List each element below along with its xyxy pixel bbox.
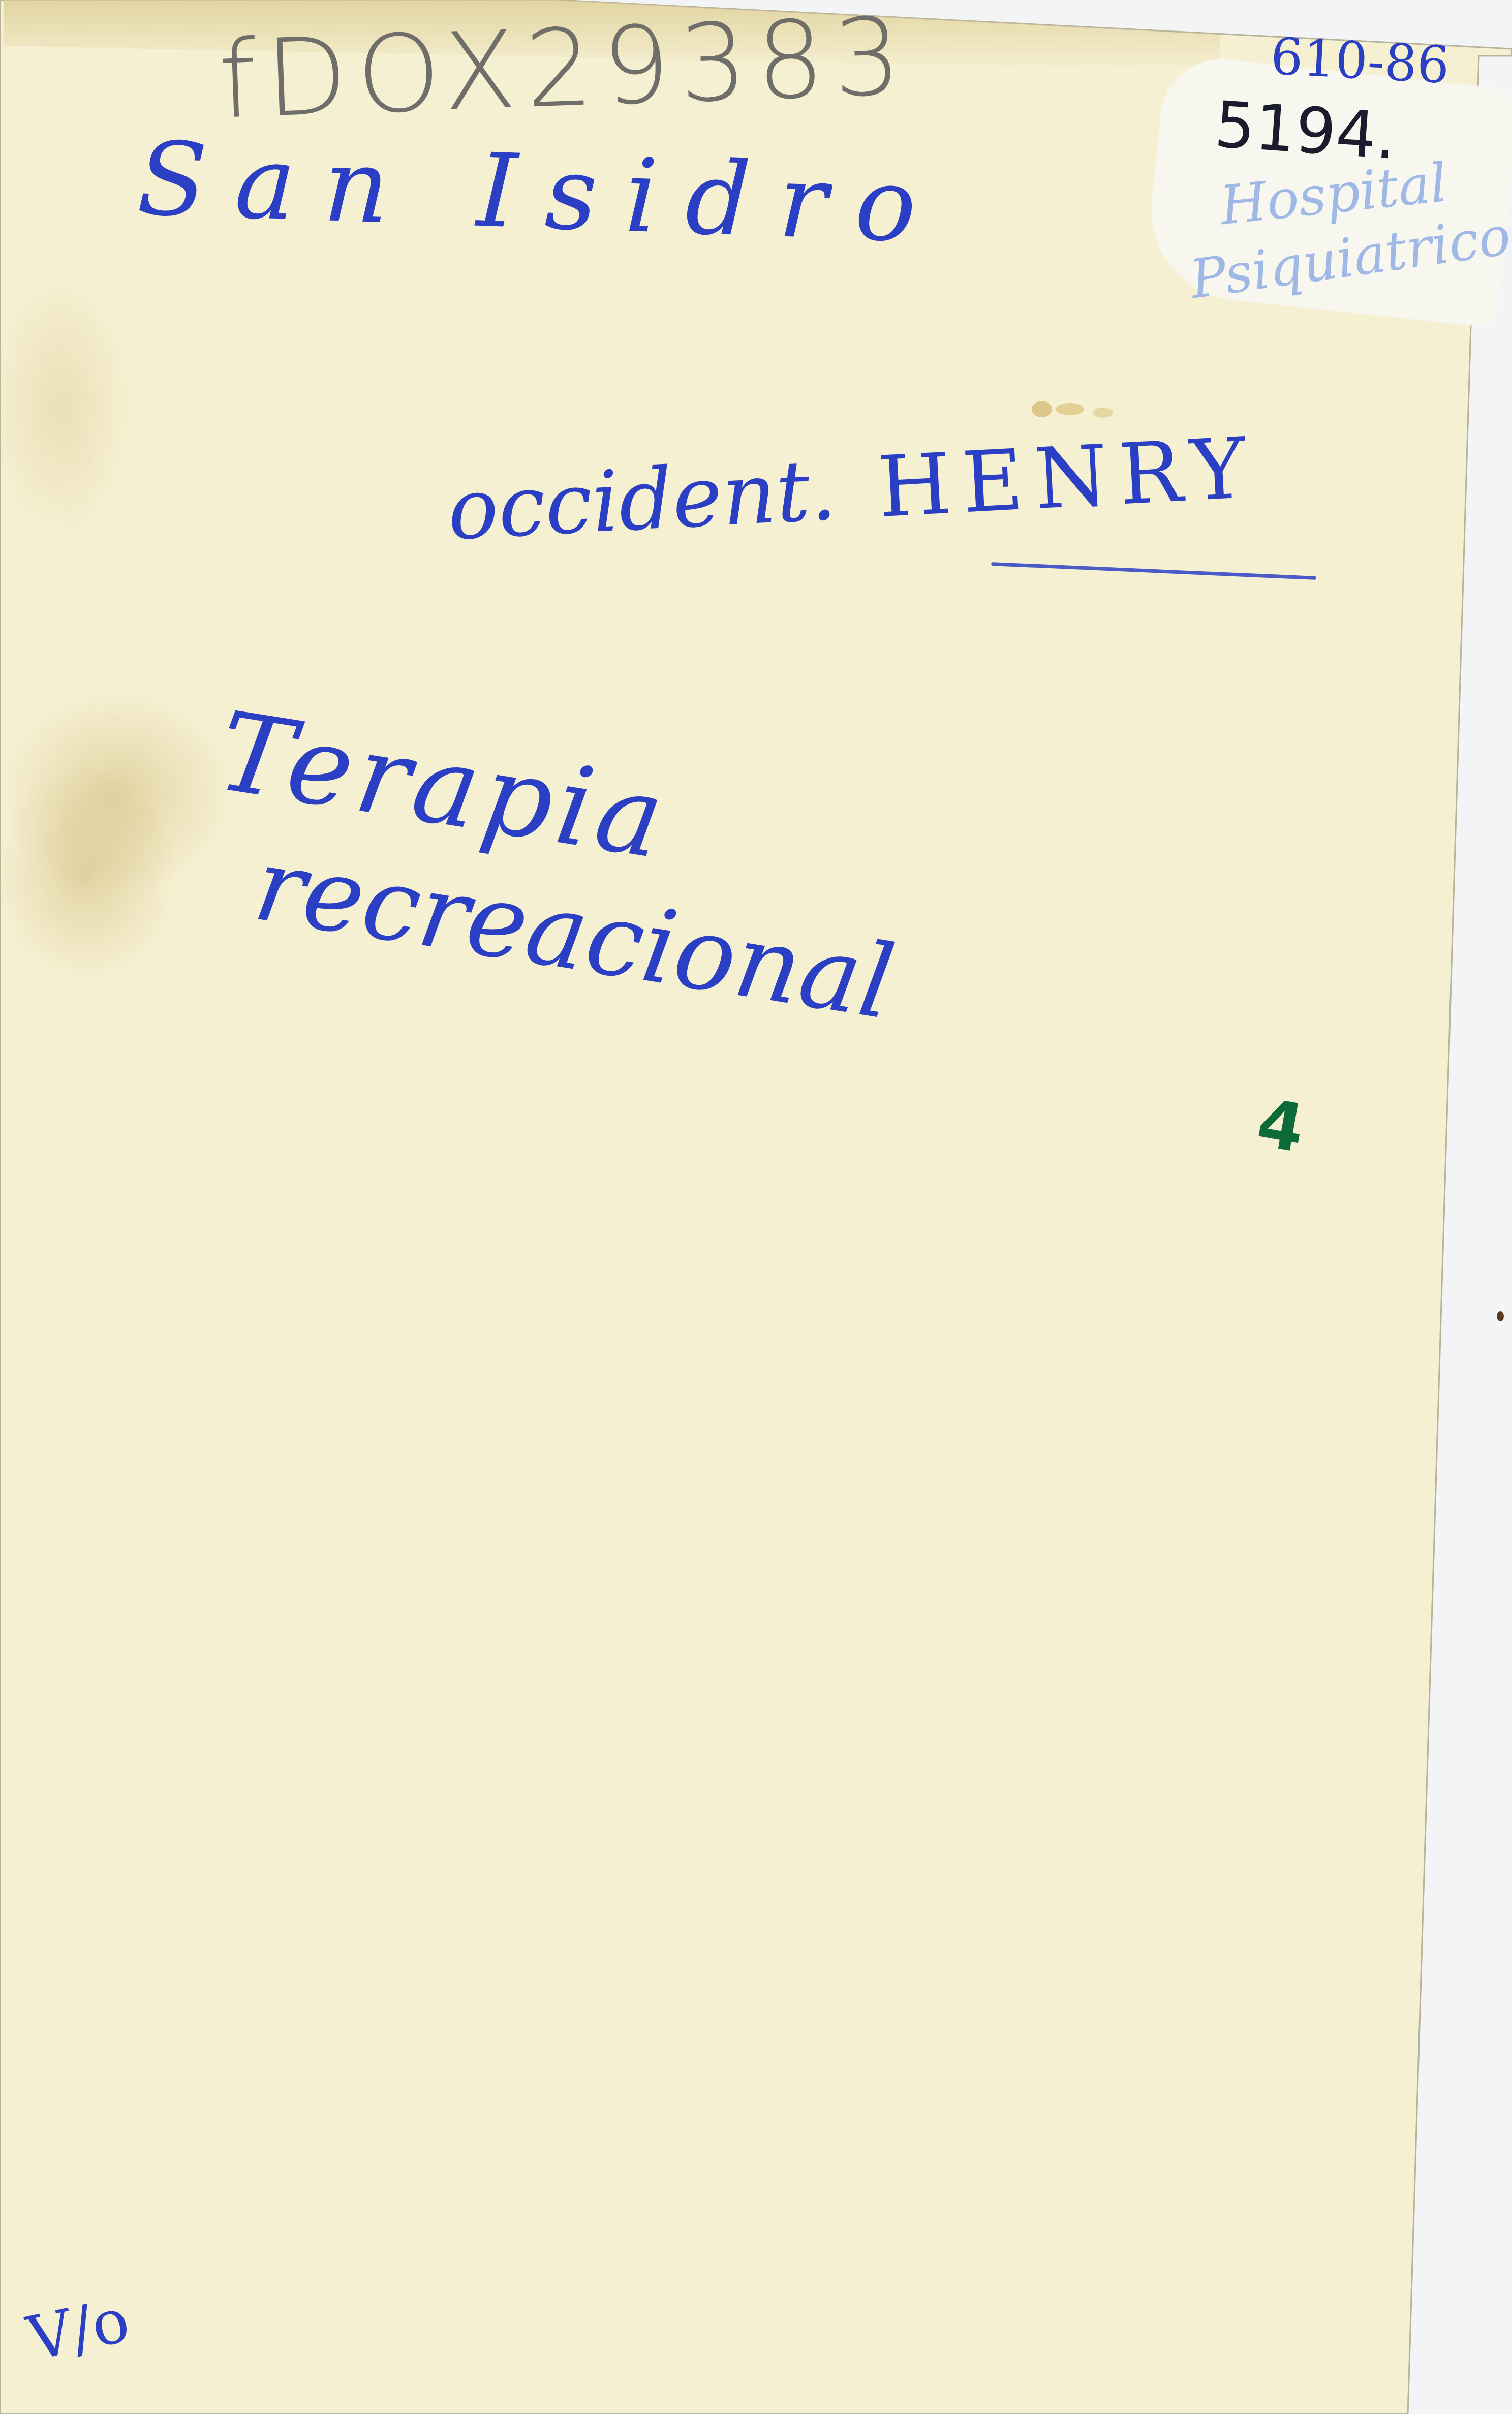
author-prefix: occident. <box>445 441 839 559</box>
author-name: HENRY <box>876 419 1260 536</box>
item-number: 5194. <box>1213 93 1399 169</box>
location-annotation: San Isidro <box>136 128 946 258</box>
collection-number: 610-86 <box>1270 31 1451 91</box>
paper-sheet <box>0 0 1512 2414</box>
catalog-id-pencil: fDOX29383 <box>217 3 912 134</box>
